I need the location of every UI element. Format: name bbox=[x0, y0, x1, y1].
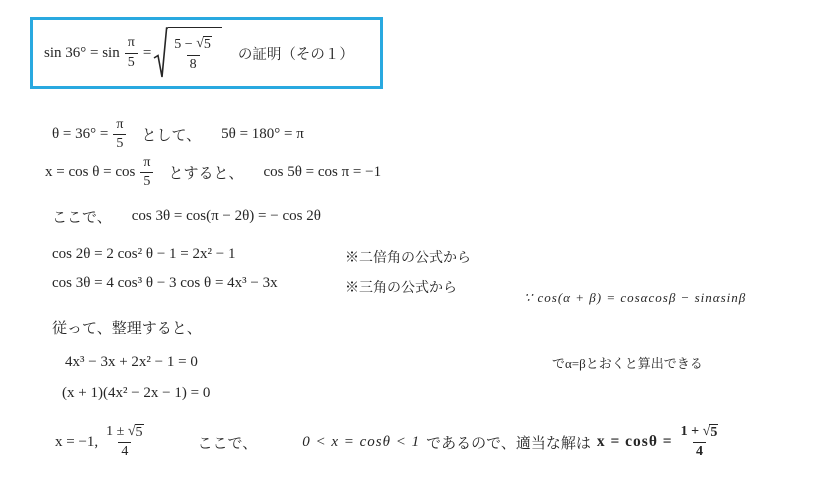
proof-line-8: (x + 1)(4x² − 2x − 1) = 0 bbox=[62, 385, 210, 402]
line3-math: cos 3θ = cos(π − 2θ) = − cos 2θ bbox=[132, 208, 321, 225]
radicand: 5 − √ 5 8 bbox=[168, 27, 222, 79]
radicand-numerator: 5 − √ 5 bbox=[171, 36, 215, 54]
line3-label: ここで、 bbox=[52, 206, 112, 227]
sqrt5: √ 5 bbox=[196, 36, 212, 53]
side-note: ∵ cos(α + β) = cosαcosβ − sinαsinβ でα=βと… bbox=[524, 243, 746, 420]
proof-line-7: 4x³ − 3x + 2x² − 1 = 0 bbox=[65, 354, 198, 371]
side-note-line2: でα=βとおくと算出できる bbox=[552, 353, 746, 375]
line1-fraction: π 5 bbox=[113, 117, 126, 152]
fraction-numerator: 1 ± √ 5 bbox=[103, 424, 146, 442]
radicand-fraction: 5 − √ 5 8 bbox=[171, 36, 215, 72]
proof-line-1: θ = 36° = π 5 として、 5θ = 180° = π bbox=[52, 117, 304, 152]
proof-line-2: x = cos θ = cos π 5 とすると、 cos 5θ = cos π… bbox=[45, 155, 381, 190]
fraction-denominator: 4 bbox=[118, 442, 131, 460]
title-radical: 5 − √ 5 8 bbox=[153, 27, 222, 79]
line1-post: 5θ = 180° = π bbox=[221, 126, 304, 143]
solution-pre: x = −1, bbox=[55, 434, 98, 451]
line2-fraction: π 5 bbox=[140, 155, 153, 190]
fraction-denominator: 5 bbox=[140, 172, 153, 190]
proof-line-4: cos 2θ = 2 cos² θ − 1 = 2x² − 1 bbox=[52, 246, 235, 263]
radical-sign-icon bbox=[153, 27, 168, 79]
fraction-denominator: 4 bbox=[693, 442, 706, 460]
fraction-denominator: 5 bbox=[125, 53, 138, 71]
proof-line-5: cos 3θ = 4 cos³ θ − 3 cos θ = 4x³ − 3x bbox=[52, 275, 278, 292]
radicand-num-pre: 5 − bbox=[174, 37, 196, 53]
side-note-line1: ∵ cos(α + β) = cosαcosβ − sinαsinβ bbox=[524, 287, 746, 309]
title-box: sin 36° = sin π 5 = 5 − √ 5 bbox=[30, 17, 383, 89]
sqrt5: √ 5 bbox=[703, 424, 719, 441]
line9-koko: ここで、 bbox=[198, 432, 258, 453]
line2-mid: とすると、 bbox=[168, 162, 243, 183]
line2-pre: x = cos θ = cos bbox=[45, 164, 135, 181]
fraction-numerator: π bbox=[113, 117, 126, 134]
radicand-denominator: 8 bbox=[187, 55, 200, 73]
final-answer: x = cosθ = 1 + √ 5 4 bbox=[597, 424, 726, 460]
sqrt5: √ 5 bbox=[128, 424, 144, 441]
line2-post: cos 5θ = cos π = −1 bbox=[263, 164, 381, 181]
line4-note: ※二倍角の公式から bbox=[345, 247, 471, 267]
proof-line-9: x = −1, 1 ± √ 5 4 ここで、 0 < x = cosθ < 1 … bbox=[55, 418, 726, 466]
proof-line-6: 従って、整理すると、 bbox=[52, 317, 202, 338]
fraction-numerator: π bbox=[140, 155, 153, 172]
fraction-denominator: 5 bbox=[113, 134, 126, 152]
line1-pre: θ = 36° = bbox=[52, 126, 108, 143]
sqrt5-radicand: 5 bbox=[203, 36, 212, 53]
line9-since: であるので、適当な解は bbox=[426, 432, 591, 453]
line1-mid: として、 bbox=[141, 124, 201, 145]
title-suffix: の証明（その１） bbox=[238, 43, 354, 64]
proof-line-3: ここで、 cos 3θ = cos(π − 2θ) = − cos 2θ bbox=[52, 206, 321, 227]
solution-fraction: 1 ± √ 5 4 bbox=[103, 424, 146, 460]
fraction-numerator: 1 + √ 5 bbox=[678, 424, 722, 442]
result-fraction: 1 + √ 5 4 bbox=[678, 424, 722, 460]
title-fraction-pi-5: π 5 bbox=[125, 35, 138, 70]
sqrt5-radicand: 5 bbox=[135, 424, 144, 441]
sqrt5-radicand: 5 bbox=[709, 424, 718, 441]
title-equals: = bbox=[143, 45, 151, 62]
document-page: sin 36° = sin π 5 = 5 − √ 5 bbox=[0, 0, 814, 490]
sol-num-pre: 1 ± bbox=[106, 424, 128, 440]
line5-note: ※三角の公式から bbox=[345, 277, 457, 297]
line9-condition: 0 < x = cosθ < 1 bbox=[302, 434, 420, 451]
title-sin-pi: sin bbox=[102, 45, 120, 62]
fraction-numerator: π bbox=[125, 35, 138, 52]
res-num-pre: 1 + bbox=[681, 424, 703, 440]
result-pre: x = cosθ = bbox=[597, 433, 673, 451]
title-sin36: sin 36° = bbox=[44, 45, 102, 62]
